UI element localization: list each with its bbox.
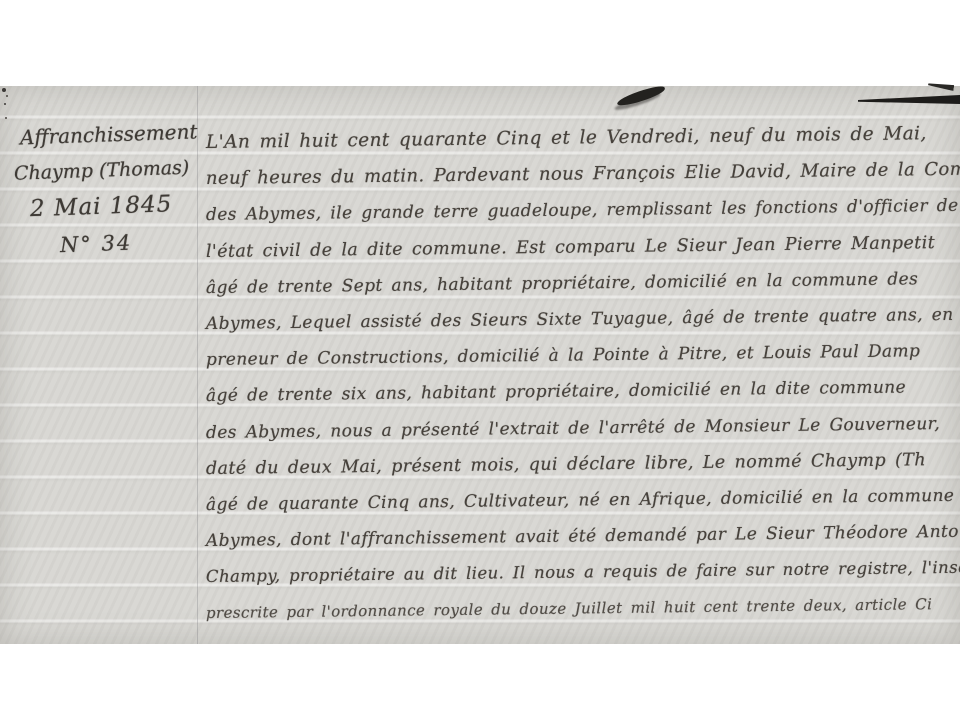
manuscript-text: L'An mil huit cent quarante Cinq et le V…: [206, 125, 954, 632]
ink-speckles: [2, 88, 6, 92]
ink-blot: [616, 84, 667, 108]
margin-act-number: N° 34: [5, 222, 194, 265]
margin-date: 2 Mai 1845: [5, 186, 194, 229]
ink-tick: [928, 81, 955, 91]
scanned-manuscript-page: Affranchissement Chaymp (Thomas) 2 Mai 1…: [0, 86, 960, 644]
manuscript-line: prescrite par l'ordonnance royale du dou…: [206, 586, 954, 631]
margin-rule-line: [197, 86, 198, 644]
margin-annotations: Affranchissement Chaymp (Thomas) 2 Mai 1…: [6, 120, 194, 265]
screenshot-root: { "palette": { "background": "#ffffff", …: [0, 0, 960, 720]
ink-stroke: [858, 95, 960, 104]
